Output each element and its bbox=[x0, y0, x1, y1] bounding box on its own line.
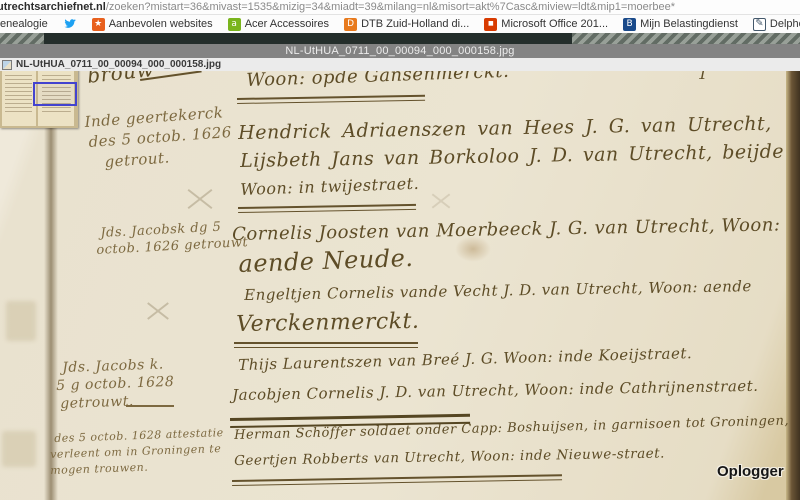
hw-entry4-l2: Geertjen Robberts van Utrecht, Woon: ind… bbox=[234, 445, 665, 469]
overlay-title: NL-UtHUA_0711_00_00094_000_000158.jpg bbox=[285, 45, 514, 57]
hw-entry2-l3: Engeltjen Cornelis vande Vecht J. D. van… bbox=[244, 277, 752, 304]
bookmark-delpher[interactable]: ✎ Delpher - Boeken Kr... bbox=[753, 18, 800, 31]
window-chrome-band bbox=[0, 33, 800, 44]
ink-rule bbox=[234, 342, 418, 348]
pen-cross-mark bbox=[145, 297, 171, 323]
bookmark-aanbevolen-websites[interactable]: ★ Aanbevolen websites bbox=[92, 18, 213, 31]
hw-page-mark: 1 bbox=[698, 71, 708, 83]
twitter-icon bbox=[63, 17, 77, 31]
hw-margin4-l3: mogen trouwen. bbox=[50, 461, 148, 477]
ink-rule bbox=[237, 95, 425, 104]
bookmark-dtb-zuid-holland[interactable]: D DTB Zuid-Holland di... bbox=[344, 18, 469, 31]
bleed-through-mark bbox=[6, 301, 36, 341]
hw-entry3-l2: Jacobjen Cornelis J. D. van Utrecht, Woo… bbox=[232, 377, 759, 404]
ink-rule bbox=[232, 474, 562, 486]
url-path: /zoeken?mistart=36&mivast=1535&mizig=34&… bbox=[106, 1, 675, 13]
file-name: NL-UtHUA_0711_00_00094_000_000158.jpg bbox=[16, 59, 221, 70]
url-domain: utrechtsarchiefnet.nl bbox=[0, 1, 106, 13]
viewport-rectangle[interactable] bbox=[33, 82, 77, 106]
ink-flourish bbox=[126, 405, 174, 407]
bookmark-acer-accessoires[interactable]: a Acer Accessoires bbox=[228, 18, 329, 31]
hw-entry2-l1: Cornelis Joosten van Moerbeeck J. G. van… bbox=[232, 214, 781, 245]
oplogger-watermark: Oplogger bbox=[717, 463, 784, 480]
hw-margin4-l2: verleent om in Groningen te bbox=[50, 442, 221, 461]
pen-cross-mark bbox=[185, 183, 215, 213]
acer-icon: a bbox=[228, 18, 241, 31]
hw-entry1-l2: Lijsbeth Jans van Borkoloo J. D. van Utr… bbox=[240, 141, 784, 172]
hw-heading: Woon: opde Gansenmerckt. bbox=[246, 71, 510, 91]
bookmark-label: Aanbevolen websites bbox=[109, 18, 213, 30]
bleed-through-mark bbox=[2, 431, 36, 467]
delpher-icon: ✎ bbox=[753, 18, 766, 31]
bookmarks-bar: enealogie ★ Aanbevolen websites a Acer A… bbox=[0, 15, 800, 33]
image-overlay-titlebar: NL-UtHUA_0711_00_00094_000_000158.jpg bbox=[0, 44, 800, 58]
bookmark-label: enealogie bbox=[0, 18, 48, 30]
hw-entry1-l3: Woon: in twijestraet. bbox=[240, 174, 419, 199]
bookmark-label: Delpher - Boeken Kr... bbox=[770, 18, 800, 30]
hw-entry1-l1: Hendrick Adriaenszen van Hees J. G. van … bbox=[238, 113, 772, 144]
hw-entry2-l2: aende Neude. bbox=[238, 244, 414, 278]
address-bar[interactable]: utrechtsarchiefnet.nl/zoeken?mistart=36&… bbox=[0, 0, 800, 15]
hw-margin3-l3: getrouwt. bbox=[60, 393, 134, 412]
bookmark-label: Mijn Belastingdienst bbox=[640, 18, 738, 30]
thumbnail-page-left bbox=[2, 71, 36, 126]
hw-margin3-l1: Jds. Jacobs k. bbox=[62, 356, 164, 376]
hw-entry3-l1: Thijs Laurentszen van Breé J. G. Woon: i… bbox=[238, 344, 692, 374]
bookmark-genealogie[interactable]: enealogie bbox=[0, 18, 48, 30]
hw-margin3-l2: 5 g octob. 1628 bbox=[56, 374, 175, 394]
star-icon: ★ bbox=[92, 18, 105, 31]
ink-rule bbox=[238, 204, 416, 213]
pen-cross-mark bbox=[430, 189, 452, 211]
belastingdienst-icon: B bbox=[623, 18, 636, 31]
image-file-icon bbox=[2, 60, 12, 70]
manuscript-image-viewer[interactable]: brouw Woon: opde Gansenmerckt. Inde geer… bbox=[0, 71, 800, 500]
office-icon: ■ bbox=[484, 18, 497, 31]
window-chrome-band-solid bbox=[44, 33, 572, 44]
file-name-bar: NL-UtHUA_0711_00_00094_000_000158.jpg bbox=[0, 58, 800, 72]
hw-entry2-l4: Verckenmerckt. bbox=[236, 309, 420, 337]
bookmark-twitter[interactable] bbox=[63, 17, 77, 31]
bookmark-label: Acer Accessoires bbox=[245, 18, 329, 30]
bookmark-label: Microsoft Office 201... bbox=[501, 18, 608, 30]
bookmark-mijn-belastingdienst[interactable]: B Mijn Belastingdienst bbox=[623, 18, 738, 31]
book-edge bbox=[786, 71, 800, 500]
bookmark-label: DTB Zuid-Holland di... bbox=[361, 18, 469, 30]
dtb-icon: D bbox=[344, 18, 357, 31]
navigator-thumbnail[interactable] bbox=[0, 71, 78, 128]
bookmark-microsoft-office[interactable]: ■ Microsoft Office 201... bbox=[484, 18, 608, 31]
page-url[interactable]: utrechtsarchiefnet.nl/zoeken?mistart=36&… bbox=[0, 1, 675, 13]
hw-margin1-l3: getrout. bbox=[104, 148, 170, 171]
